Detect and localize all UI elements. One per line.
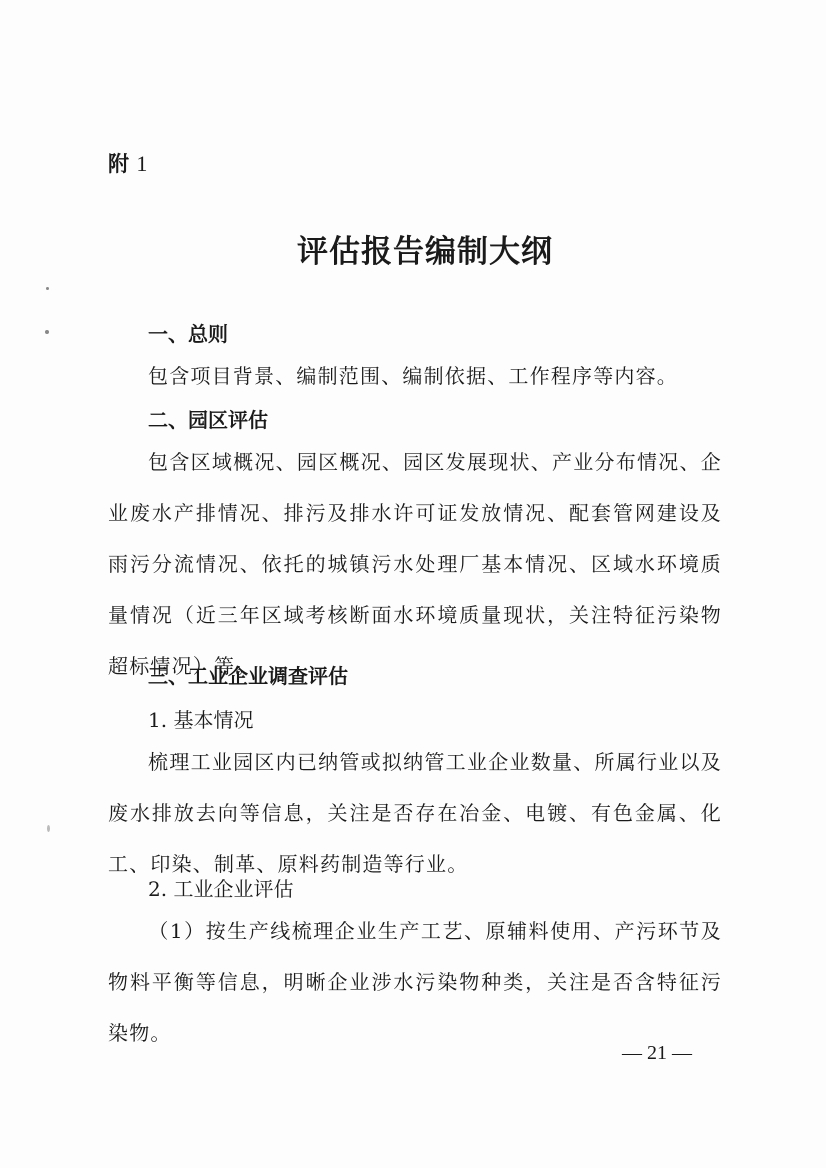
document-title: 评估报告编制大纲 [0, 226, 826, 271]
attachment-label-text: 附 [108, 152, 129, 176]
subsection-paragraph-basic: 梳理工业园区内已纳管或拟纳管工业企业数量、所属行业以及废水排放去向等信息，关注是… [108, 737, 722, 890]
scan-mark [45, 330, 49, 334]
attachment-number: 1 [136, 151, 147, 176]
scan-mark [46, 287, 49, 290]
section-paragraph-general: 包含项目背景、编制范围、编制依据、工作程序等内容。 [108, 351, 722, 402]
section-paragraph-park: 包含区域概况、园区概况、园区发展现状、产业分布情况、企业废水产排情况、排污及排水… [108, 437, 722, 692]
paragraph-text: （1）按生产线梳理企业生产工艺、原辅料使用、产污环节及物料平衡等信息，明晰企业涉… [108, 919, 722, 1045]
paragraph-text: 包含项目背景、编制范围、编制依据、工作程序等内容。 [148, 364, 678, 388]
paragraph-text: 梳理工业园区内已纳管或拟纳管工业企业数量、所属行业以及废水排放去向等信息，关注是… [108, 750, 722, 876]
scan-mark [47, 825, 50, 832]
attachment-label: 附 1 [108, 148, 147, 178]
paragraph-text: 包含区域概况、园区概况、园区发展现状、产业分布情况、企业废水产排情况、排污及排水… [108, 450, 722, 678]
subsection-heading-basic: 1. 基本情况 [148, 704, 253, 733]
subsection-heading-evaluation: 2. 工业企业评估 [148, 873, 293, 902]
section-heading-enterprise: 三、工业企业调查评估 [148, 660, 348, 689]
page-number: — 21 — [622, 1042, 692, 1065]
subsection-paragraph-evaluation: （1）按生产线梳理企业生产工艺、原辅料使用、产污环节及物料平衡等信息，明晰企业涉… [108, 906, 722, 1059]
section-heading-park: 二、园区评估 [148, 404, 268, 433]
section-heading-general: 一、总则 [148, 318, 228, 347]
